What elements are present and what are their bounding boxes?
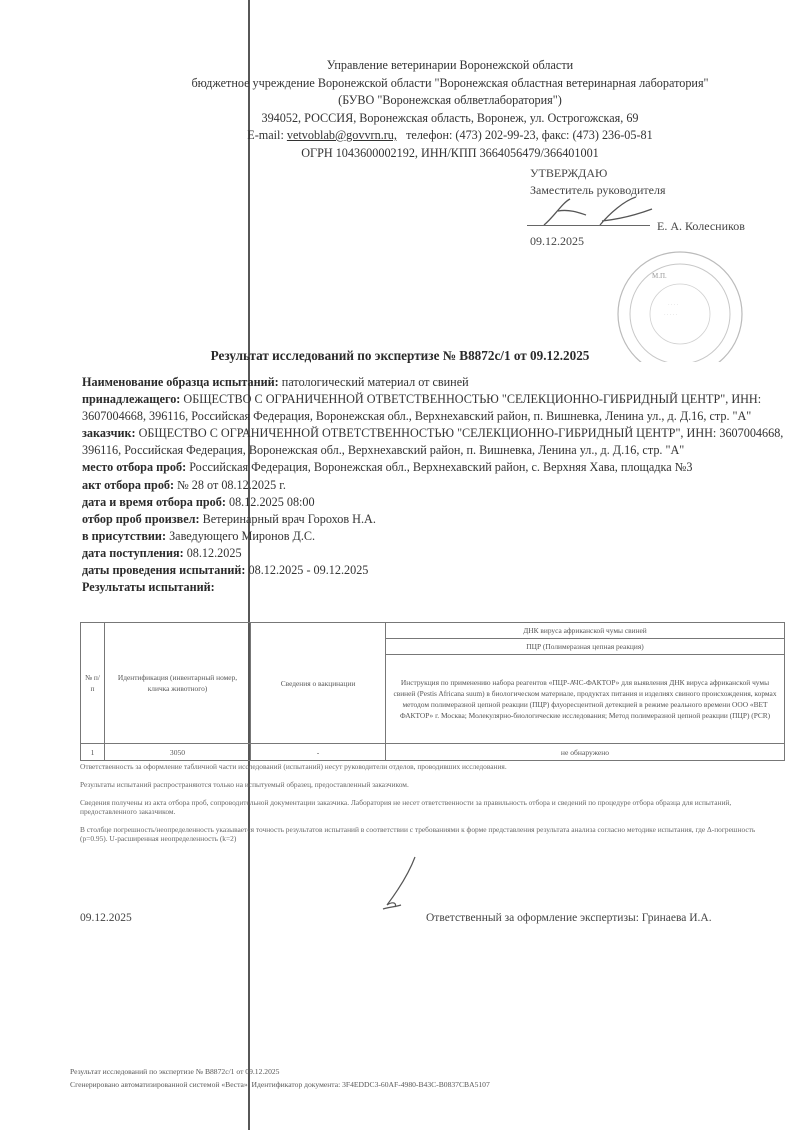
col-header-vaccination: Сведения о вакцинации <box>251 623 386 744</box>
col-header-test-name: ДНК вируса африканской чумы свиней <box>386 623 785 639</box>
cell-num: 1 <box>81 744 105 761</box>
datetime-row: дата и время отбора проб: 08.12.2025 08:… <box>82 494 787 511</box>
responsible-signature-icon <box>375 855 425 915</box>
col-header-test-method-full: Инструкция по применению набора реагенто… <box>386 655 785 744</box>
institution-name: бюджетное учреждение Воронежской области… <box>130 75 770 93</box>
cell-result: не обнаружено <box>386 744 785 761</box>
address: 394052, РОССИЯ, Воронежская область, Вор… <box>130 110 770 128</box>
meta-reference: Результат исследований по экспертизе № В… <box>70 1066 490 1079</box>
note-item: В столбце погрешность/неопределенность у… <box>80 825 780 843</box>
signature-line <box>527 225 650 226</box>
ogrn-inn: ОГРН 1043600002192, ИНН/КПП 3664056479/3… <box>130 145 770 163</box>
col-header-id: Идентификация (инвентарный номер, кличка… <box>105 623 251 744</box>
customer-row: заказчик: ОБЩЕСТВО С ОГРАНИЧЕННОЙ ОТВЕТС… <box>82 425 787 459</box>
results-table: № п/п Идентификация (инвентарный номер, … <box>80 622 785 761</box>
approval-title: УТВЕРЖДАЮ <box>530 166 607 181</box>
approver-name: Е. А. Колесников <box>657 219 745 234</box>
document-title: Результат исследований по экспертизе № В… <box>0 348 800 364</box>
stamp-icon: М.П. · · · · · · · · · <box>598 242 748 362</box>
email-link[interactable]: vetvoblab@govvrn.ru, <box>287 128 397 142</box>
note-item: Сведения получены из акта отбора проб, с… <box>80 798 780 816</box>
stamp-mark: М.П. <box>652 272 667 280</box>
footer-date: 09.12.2025 <box>80 912 132 924</box>
place-row: место отбора проб: Российская Федерация,… <box>82 459 787 476</box>
owner-row: принадлежащего: ОБЩЕСТВО С ОГРАНИЧЕННОЙ … <box>82 391 787 425</box>
results-heading: Результаты испытаний: <box>82 579 787 596</box>
col-header-num: № п/п <box>81 623 105 744</box>
email-label: E-mail: <box>247 128 284 142</box>
note-item: Ответственность за оформление табличной … <box>80 762 780 771</box>
presence-row: в присутствии: Заведующего Миронов Д.С. <box>82 528 787 545</box>
sample-row: Наименование образца испытаний: патологи… <box>82 374 787 391</box>
responsible-person: Ответственный за оформление экспертизы: … <box>426 912 712 924</box>
cell-id: 3050 <box>105 744 251 761</box>
phone-fax: телефон: (473) 202-99-23, факс: (473) 23… <box>406 128 653 142</box>
svg-text:· · · · ·: · · · · · <box>664 313 678 318</box>
test-dates-row: даты проведения испытаний: 08.12.2025 - … <box>82 562 787 579</box>
document-meta: Результат исследований по экспертизе № В… <box>70 1066 490 1091</box>
note-item: Результаты испытаний распространяются то… <box>80 780 780 789</box>
meta-generated: Сгенерировано автоматизированной системо… <box>70 1079 490 1092</box>
sample-info: Наименование образца испытаний: патологи… <box>82 374 787 596</box>
act-row: акт отбора проб: № 28 от 08.12.2025 г. <box>82 477 787 494</box>
notes: Ответственность за оформление табличной … <box>80 762 780 852</box>
letterhead: Управление ветеринарии Воронежской облас… <box>130 57 770 162</box>
approval-date: 09.12.2025 <box>530 234 584 249</box>
col-header-test-method-short: ПЦР (Полимеразная цепная реакция) <box>386 639 785 655</box>
svg-text:· · · ·: · · · · <box>668 303 679 308</box>
agency-name: Управление ветеринарии Воронежской облас… <box>130 57 770 75</box>
table-row: 1 3050 - не обнаружено <box>81 744 785 761</box>
sampler-row: отбор проб произвел: Ветеринарный врач Г… <box>82 511 787 528</box>
institution-short-name: (БУВО "Воронежская облветлаборатория") <box>130 92 770 110</box>
contacts: E-mail: vetvoblab@govvrn.ru, телефон: (4… <box>130 127 770 145</box>
received-row: дата поступления: 08.12.2025 <box>82 545 787 562</box>
cell-vaccination: - <box>251 744 386 761</box>
